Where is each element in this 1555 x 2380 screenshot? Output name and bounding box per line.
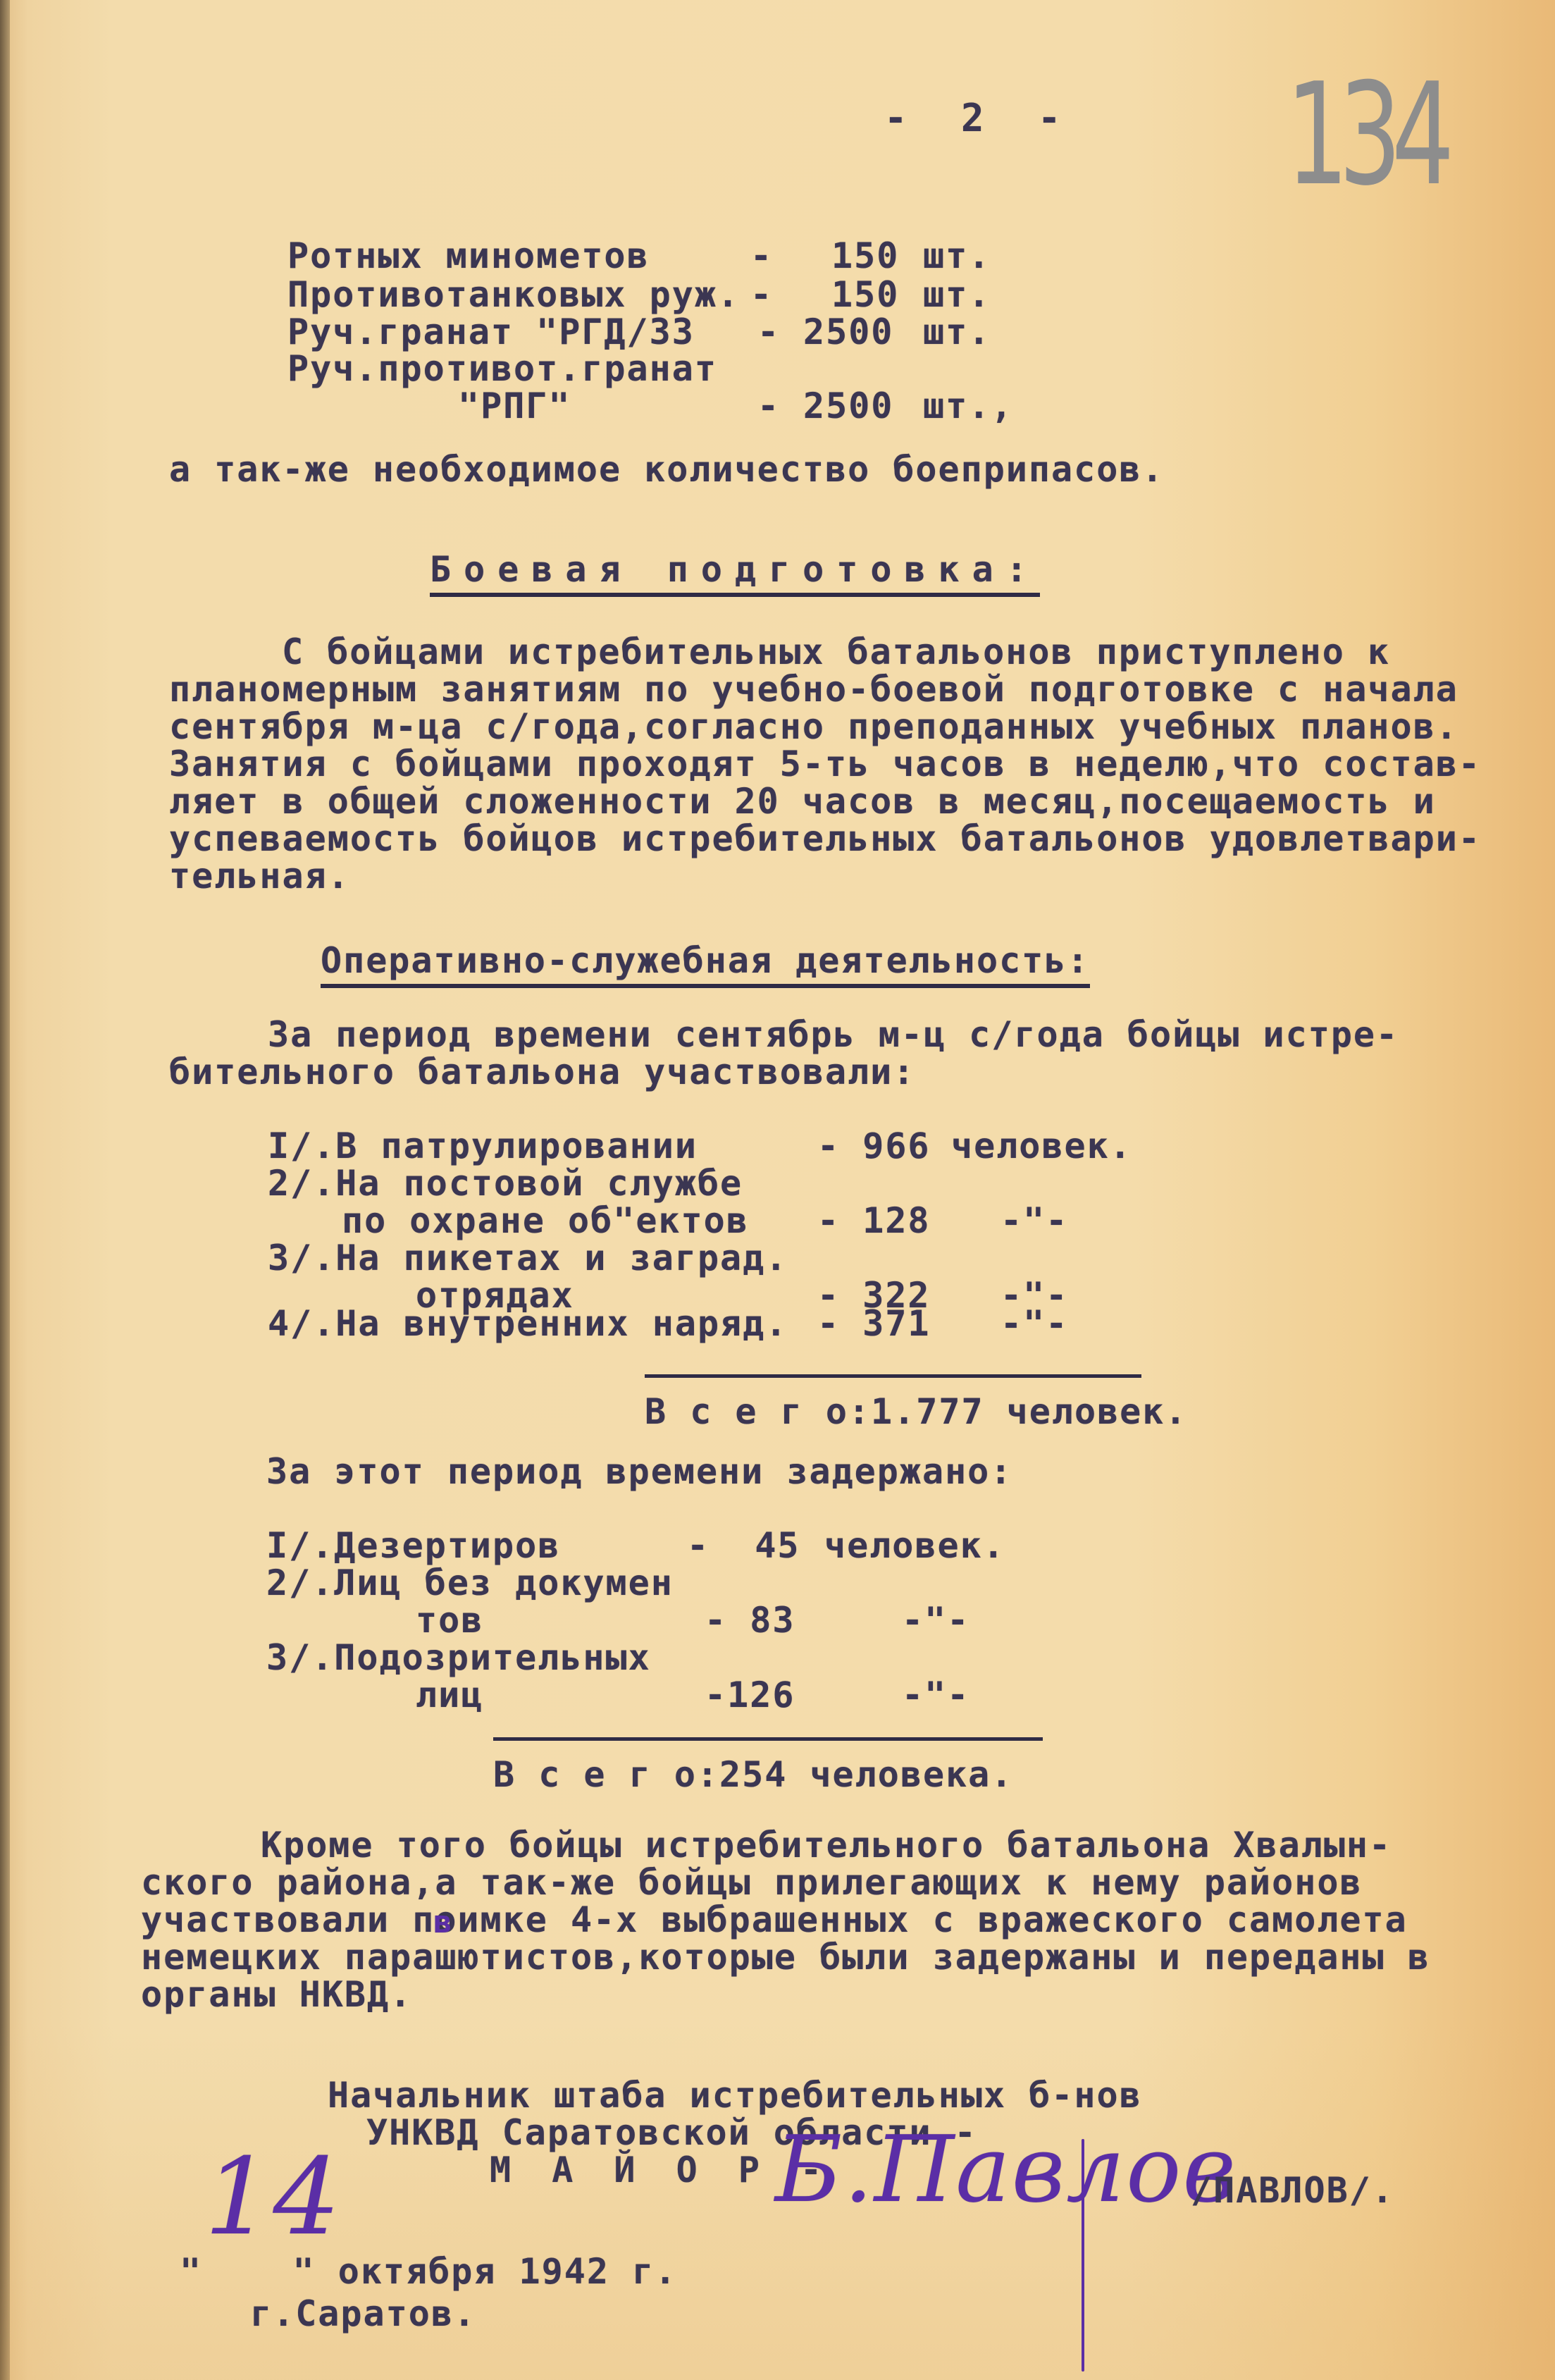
detained-label: 2/.Лиц без докумен xyxy=(266,1563,674,1603)
detained-intro: За этот период времени задержано: xyxy=(266,1452,1012,1491)
weapon-qty: 150 xyxy=(831,236,899,276)
total-unit: человека. xyxy=(810,1754,1013,1795)
paragraph-line: сентября м-ца с/года,согласно преподанны… xyxy=(169,707,1458,746)
activity-count: 371 xyxy=(862,1303,930,1344)
operational-total: В с е г о:1.777 человек. xyxy=(645,1392,1187,1431)
activity-label: 3/.На пикетах и заград. xyxy=(268,1238,788,1278)
archive-folio-number: 134 xyxy=(1286,53,1444,217)
activity-unit: -"- xyxy=(1000,1304,1068,1343)
weapon-name: Противотанковых руж. xyxy=(287,275,740,314)
activity-label: 2/.На постовой службе xyxy=(268,1164,743,1203)
weapon-dash: - xyxy=(750,236,773,276)
weapon-name: Руч.гранат "РГД/33 xyxy=(287,312,695,352)
activity-value: - 371 xyxy=(817,1304,931,1343)
weapon-name: Руч.противот.гранат xyxy=(287,349,717,388)
weapon-dash: - xyxy=(757,312,780,352)
weapon-unit: шт., xyxy=(923,386,1013,426)
activity-count: 966 xyxy=(862,1126,930,1166)
activity-value: - 966 xyxy=(817,1126,931,1166)
activity-value: - 128 xyxy=(817,1201,931,1240)
detained-label: I/.Дезертиров xyxy=(266,1526,560,1565)
ink-correction-mark: в xyxy=(433,1903,454,1942)
weapon-dash: - xyxy=(757,386,780,426)
detained-count: 126 xyxy=(727,1675,795,1715)
detained-label-cont: лиц xyxy=(416,1675,483,1715)
paragraph-line: органы НКВД. xyxy=(141,1975,412,2014)
weapon-name: Ротных минометов xyxy=(287,236,650,276)
weapon-qty: 150 xyxy=(831,275,899,314)
detained-unit: -"- xyxy=(902,1675,969,1715)
printed-name: /ПАВЛОВ/. xyxy=(1191,2171,1394,2210)
detained-value: - 45 xyxy=(687,1526,800,1565)
city-line: г.Саратов. xyxy=(250,2294,476,2333)
intro-line: За период времени сентябрь м-ц с/года бо… xyxy=(268,1015,1399,1054)
weapon-qty: 2500 xyxy=(803,312,893,352)
detained-label: 3/.Подозрительных xyxy=(266,1638,651,1677)
detained-count: 45 xyxy=(755,1525,800,1566)
signatory-title: Начальник штаба истребительных б-нов xyxy=(328,2076,1142,2115)
activity-unit: человек. xyxy=(951,1126,1132,1166)
paragraph-line: успеваемость бойцов истребительных батал… xyxy=(169,819,1481,858)
section-heading-operational: Оперативно-служебная деятельность: xyxy=(321,941,1090,980)
weapon-unit: шт. xyxy=(923,312,991,352)
total-rule xyxy=(493,1737,1043,1741)
paragraph-line: Занятия с бойцами проходят 5-ть часов в … xyxy=(169,744,1481,784)
paragraph-line: планомерным занятиям по учебно-боевой по… xyxy=(169,670,1458,709)
weapon-unit: шт. xyxy=(923,275,991,314)
detained-count: 83 xyxy=(750,1600,795,1641)
paragraph-line: ского района,а так-же бойцы прилегающих … xyxy=(141,1863,1363,1902)
total-value: 254 xyxy=(719,1754,787,1795)
heading-text: Оперативно-служебная деятельность: xyxy=(321,940,1090,988)
activity-label: I/.В патрулировании xyxy=(268,1126,698,1166)
page-number: - 2 - xyxy=(884,99,1077,138)
detained-unit: человек. xyxy=(824,1526,1005,1565)
weapon-dash: - xyxy=(750,275,773,314)
weapon-qty: 2500 xyxy=(803,386,893,426)
activity-count: 128 xyxy=(862,1200,930,1241)
heading-text: Боевая подготовка: xyxy=(430,549,1040,597)
section-heading-combat-training: Боевая подготовка: xyxy=(430,550,1040,589)
detained-label-cont: тов xyxy=(416,1601,483,1640)
total-label: В с е г о: xyxy=(645,1391,871,1432)
total-rule xyxy=(645,1374,1141,1378)
detained-unit: -"- xyxy=(902,1601,969,1640)
handwritten-signature: Б.Павлов xyxy=(775,2150,1237,2189)
paragraph-line: Кроме того бойцы истребительного батальо… xyxy=(261,1825,1392,1865)
paragraph-line: С бойцами истребительных батальонов прис… xyxy=(282,632,1390,672)
detained-value: -126 xyxy=(705,1675,795,1715)
total-unit: человек. xyxy=(1007,1391,1188,1432)
paragraph-line: немецких парашютистов,которые были задер… xyxy=(141,1937,1430,1977)
paragraph-line: тельная. xyxy=(169,856,350,896)
weapon-name: "РПГ" xyxy=(458,386,571,426)
total-label: В с е г о: xyxy=(493,1754,719,1795)
page-binding-edge xyxy=(0,0,10,2380)
signature-flourish xyxy=(1082,2139,1084,2372)
activity-label-cont: по охране об"ектов xyxy=(342,1201,749,1240)
paragraph-line: ляет в общей сложенности 20 часов в меся… xyxy=(169,782,1436,821)
total-value: 1.777 xyxy=(871,1391,984,1432)
activity-unit: -"- xyxy=(1000,1201,1068,1240)
handwritten-day: 14 xyxy=(204,2178,342,2217)
activity-label: 4/.На внутренних наряд. xyxy=(268,1304,788,1343)
detained-value: - 83 xyxy=(705,1601,795,1640)
detained-total: В с е г о:254 человека. xyxy=(493,1755,1013,1794)
paper-shading xyxy=(0,0,1555,2380)
paragraph-line: участвовали поимке 4-х выбрашенных с вра… xyxy=(141,1900,1408,1940)
weapon-unit: шт. xyxy=(923,236,991,276)
ammunition-line: а так-же необходимое количество боеприпа… xyxy=(169,450,1165,489)
intro-line: бительного батальона участвовали: xyxy=(169,1052,915,1092)
